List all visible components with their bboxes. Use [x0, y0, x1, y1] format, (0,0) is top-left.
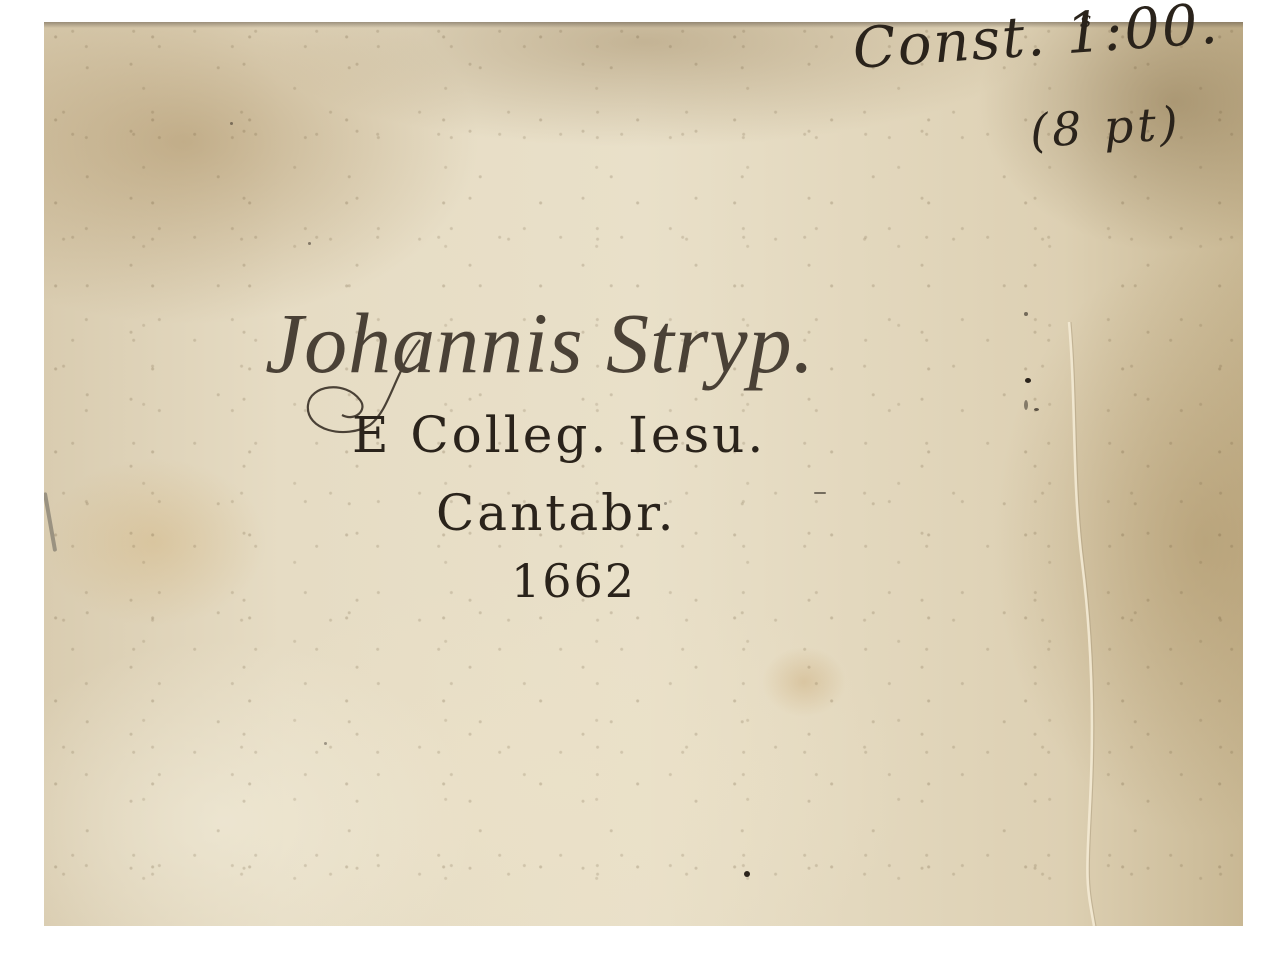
- ink-smear: [44, 492, 57, 552]
- ink-spot: [814, 492, 826, 494]
- ink-spot: [308, 242, 311, 245]
- ink-spot: [230, 122, 233, 125]
- owner-name: Johannis Stryp.: [265, 300, 815, 386]
- ink-spot: [1024, 312, 1028, 316]
- paper-crease: [1064, 322, 1124, 926]
- city-line: Cantabr.: [436, 488, 676, 538]
- ink-spot: [324, 742, 327, 745]
- ink-spot: [1024, 400, 1028, 410]
- shelfmark-superscript: s: [1080, 8, 1091, 33]
- college-line: E Colleg. Iesu.: [352, 410, 766, 460]
- shelfmark-line-2: (8 pt): [1029, 100, 1183, 154]
- year-line: 1662: [511, 558, 636, 604]
- ink-spot: [1034, 408, 1039, 411]
- ink-spot: [1025, 378, 1031, 383]
- ink-spot: [744, 871, 750, 877]
- manuscript-page: [44, 22, 1243, 926]
- scan-canvas: Const. 1:00. s (8 pt) Johannis Stryp. E …: [0, 0, 1276, 960]
